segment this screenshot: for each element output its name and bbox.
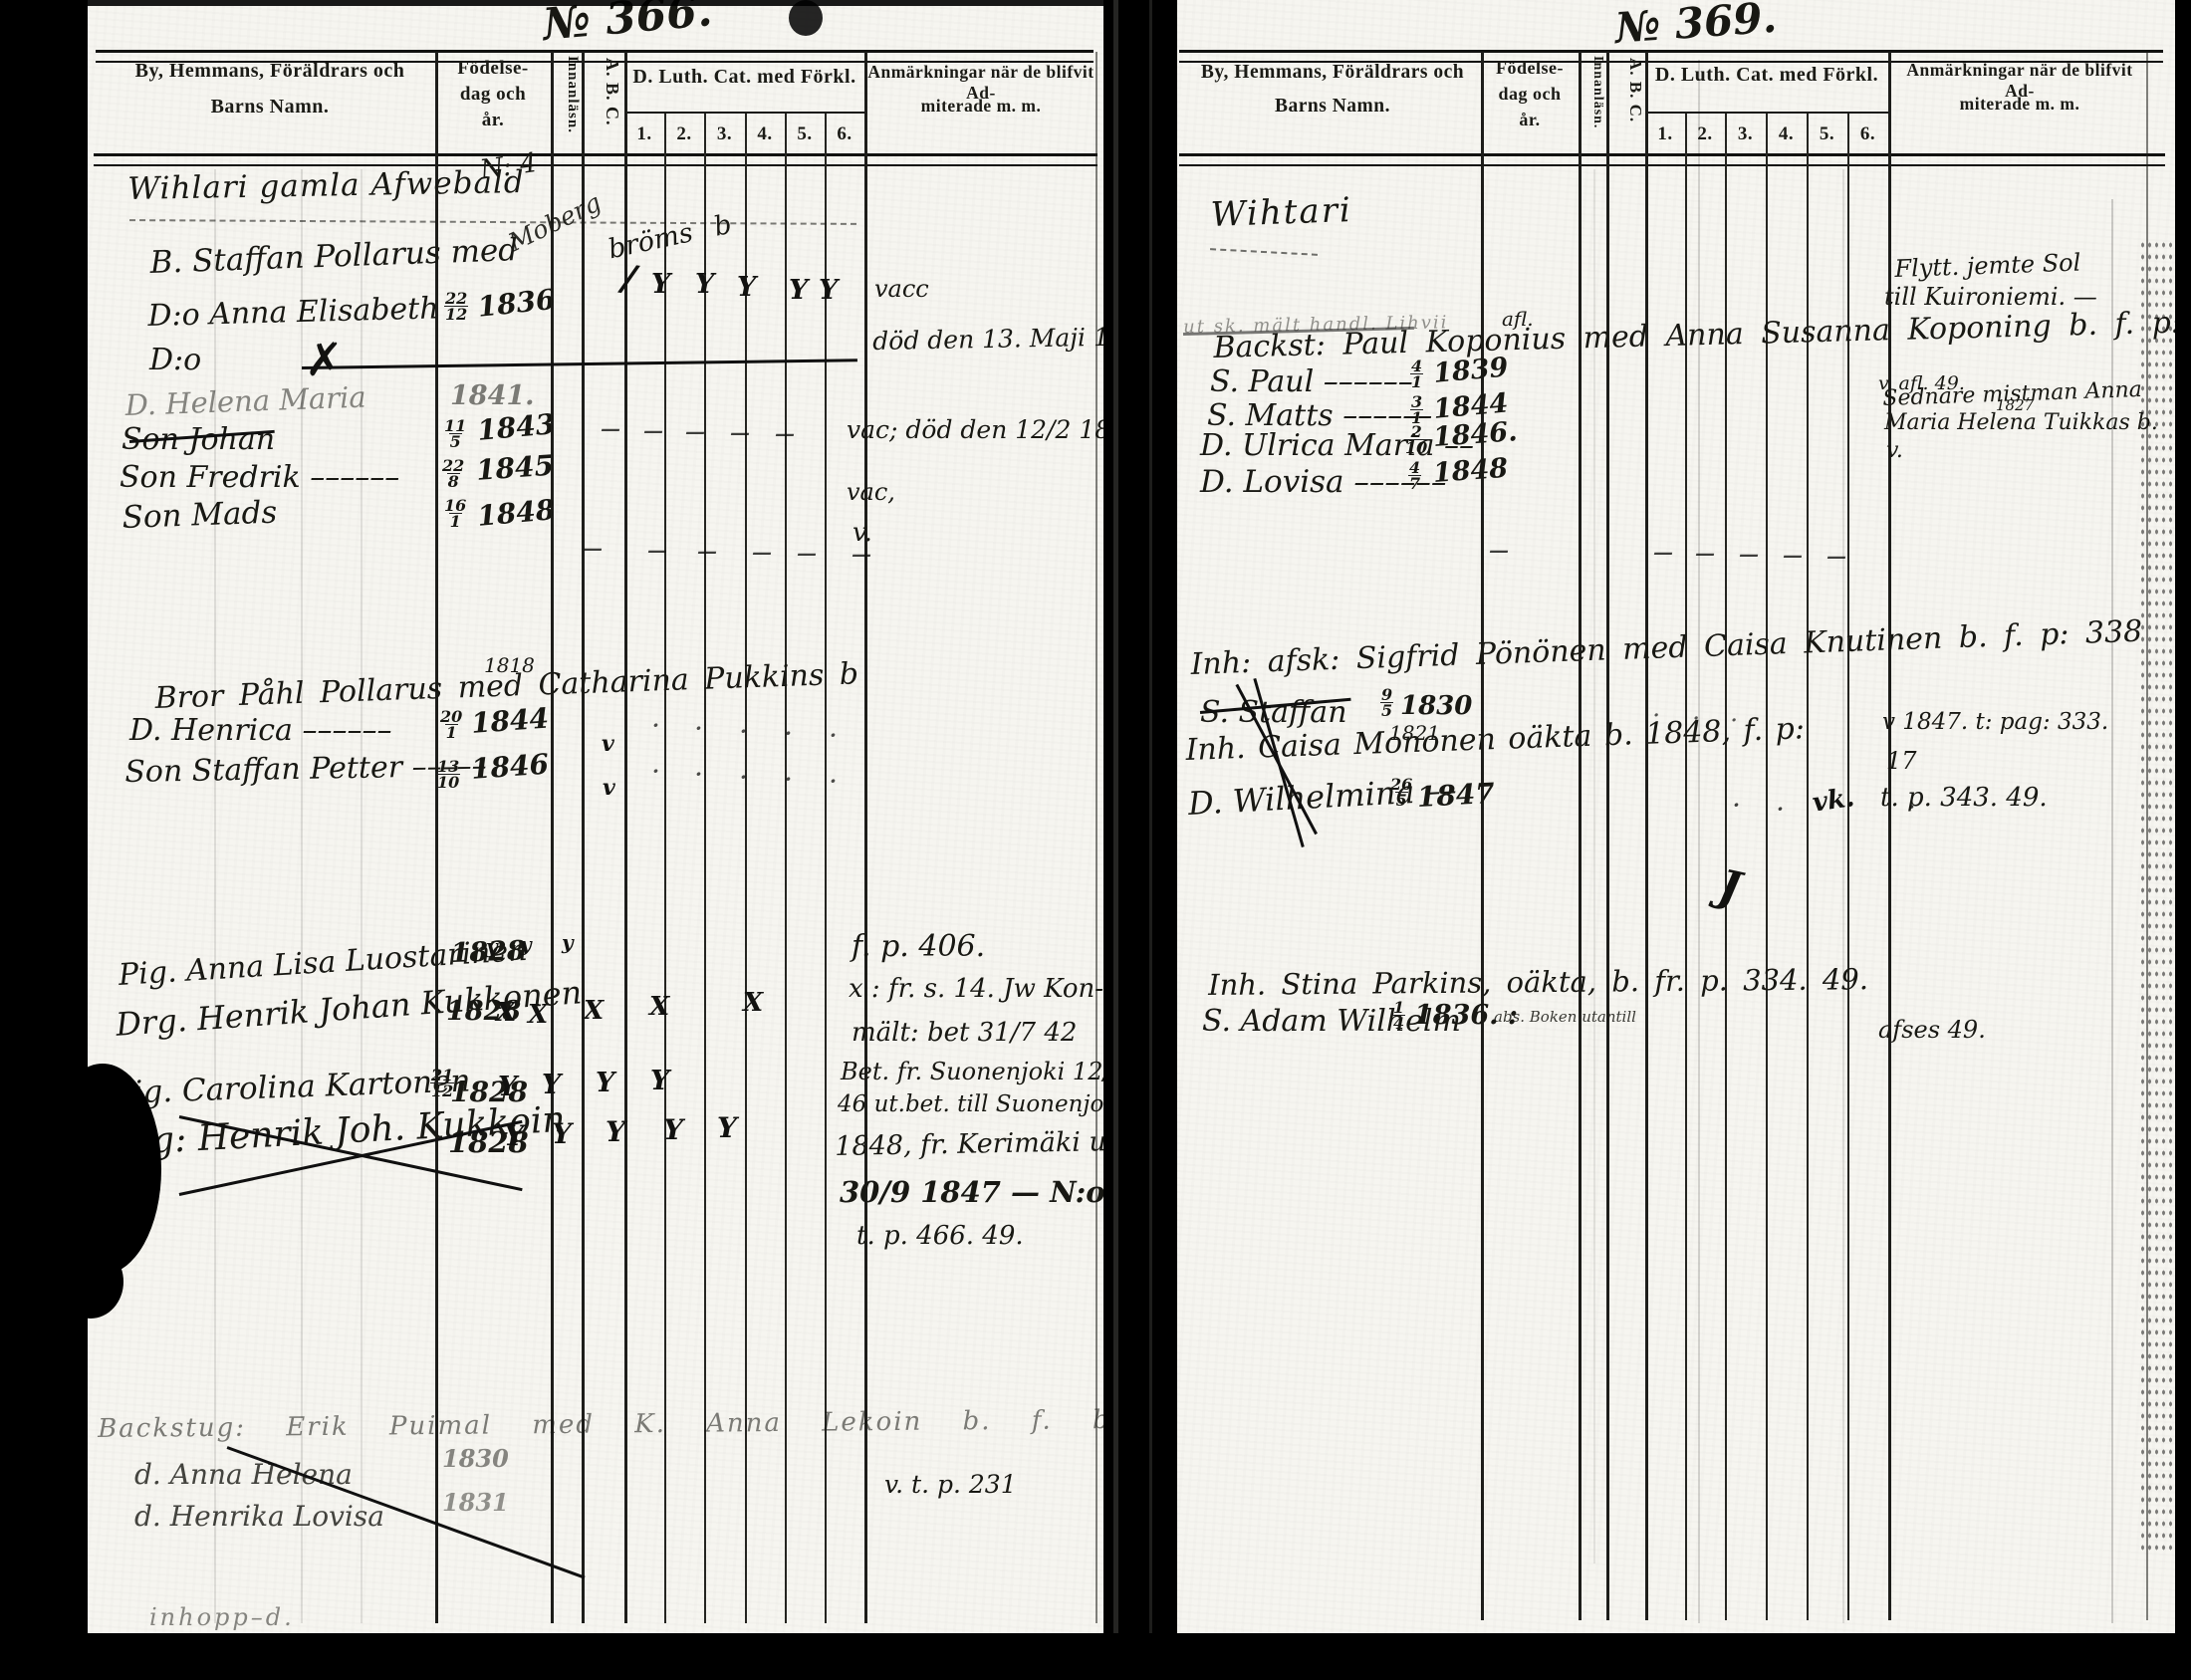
cat-col-2: 2. bbox=[664, 123, 704, 145]
birth-day: 201 bbox=[440, 709, 462, 740]
birth-day: 14 bbox=[1392, 1000, 1405, 1031]
village-number: N: 4 bbox=[478, 147, 539, 186]
record-name: d. Henrika Lovisa bbox=[134, 1500, 384, 1533]
bottom-scan-edge bbox=[0, 1633, 2191, 1680]
dot-mark: · bbox=[1733, 793, 1740, 817]
col-header-abc: A. B. C. bbox=[585, 58, 622, 157]
catechism-mark: Y bbox=[717, 1111, 737, 1144]
birth-year-note: 1821 bbox=[1389, 721, 1440, 745]
catechism-mark: Y bbox=[504, 1119, 524, 1152]
right-page: № 369. By, Hemmans, Föräldrars och Barns… bbox=[1175, 0, 2175, 1633]
cat-col-1: 1. bbox=[1645, 123, 1685, 145]
catechism-mark: y bbox=[520, 932, 532, 956]
tick-mark: — bbox=[852, 542, 871, 566]
col-header-names-2: Barns Namn. bbox=[110, 96, 430, 119]
catechism-mark: Y bbox=[663, 1113, 683, 1146]
crossed-out-mark: ✗ bbox=[305, 333, 344, 386]
cat-col-5: 5. bbox=[785, 123, 825, 145]
dot-mark: · bbox=[785, 721, 792, 745]
remark: v. bbox=[1886, 438, 1903, 463]
column-rule bbox=[1481, 52, 1484, 1620]
remark: v 1847. t: pag: 333. bbox=[1882, 709, 2108, 735]
record-name: B. Staffan Pollarus med bbox=[149, 232, 519, 281]
catechism-mark: Y bbox=[695, 269, 714, 300]
catechism-mark: Y bbox=[606, 1115, 625, 1148]
flourish-mark: J bbox=[1714, 860, 1745, 914]
scan-streak bbox=[1842, 169, 1844, 1623]
dot-mark: · bbox=[740, 719, 747, 743]
birth-year: 1845 bbox=[475, 449, 555, 487]
column-rule bbox=[785, 114, 787, 1623]
remark: vac; död den 12/2 1845. bbox=[847, 415, 1105, 444]
dot-mark: · bbox=[652, 713, 659, 737]
catechism-mark: X bbox=[496, 998, 516, 1028]
birth-day: 47 bbox=[1408, 460, 1421, 491]
col-header-birth-3: år. bbox=[437, 110, 549, 131]
right-scan-edge bbox=[2175, 0, 2191, 1680]
cat-col-3: 3. bbox=[704, 123, 745, 145]
ink-blot: vk. bbox=[1811, 783, 1856, 819]
village-underline bbox=[129, 219, 856, 225]
col-header-abc: A. B. C. bbox=[1609, 58, 1645, 157]
deceased-note: afl. bbox=[1502, 307, 1534, 331]
remark: 1848, fr. Kerimäki ut bbox=[835, 1126, 1105, 1162]
remark: t. p. 343. 49. bbox=[1880, 783, 2048, 813]
cat-col-6: 6. bbox=[1847, 123, 1888, 145]
birth-day: 210 bbox=[1404, 424, 1428, 455]
remark: f. p. 406. bbox=[852, 929, 985, 964]
thumb-shadow-blob bbox=[44, 1064, 161, 1275]
col-header-birth: Födelse- bbox=[437, 58, 549, 80]
page-number: № 369. bbox=[1613, 0, 1779, 53]
tick-mark: — bbox=[1783, 543, 1803, 567]
remark: vacc bbox=[874, 275, 929, 303]
birth-year: 1844 bbox=[470, 702, 550, 740]
birth-day: 115 bbox=[444, 418, 466, 449]
birth-year: 1841. bbox=[450, 380, 535, 411]
catechism-mark: Y bbox=[789, 275, 808, 306]
column-rule bbox=[582, 52, 585, 1623]
column-rule bbox=[864, 52, 867, 1623]
dot-mark: · bbox=[652, 759, 659, 783]
column-rule bbox=[704, 114, 706, 1623]
scan-streak bbox=[361, 169, 363, 1623]
cat-col-2: 2. bbox=[1685, 123, 1725, 145]
remark: mält: bet 31/7 42 bbox=[852, 1018, 1077, 1048]
remark: x : fr. s. 14. Jw Kon- bbox=[849, 974, 1103, 1004]
tick-mark: — bbox=[1653, 540, 1673, 564]
cat-col-4: 4. bbox=[745, 123, 785, 145]
row-dash-line bbox=[302, 359, 857, 368]
footer-note: inhopp–d. bbox=[149, 1603, 295, 1631]
tick-mark: — bbox=[1489, 538, 1509, 562]
dot-mark: · bbox=[1777, 797, 1784, 821]
v-mark: v bbox=[603, 775, 615, 801]
remark: Bet. fr. Suonenjoki 12/1 1844 bbox=[841, 1058, 1105, 1085]
catechism-mark: Y bbox=[596, 1068, 614, 1098]
family-heading: Inh: afsk: Sigfrid Pönönen med Caisa Knu… bbox=[1190, 614, 2143, 682]
fold-ink-blotch bbox=[789, 0, 823, 36]
catechism-mark: X bbox=[743, 988, 763, 1018]
remark: död den 13. Maji 1847 bbox=[872, 322, 1105, 356]
birth-day: 31 bbox=[1410, 394, 1423, 425]
birth-year: 1830 bbox=[1400, 691, 1472, 721]
remark: t. p. 466. 49. bbox=[856, 1221, 1024, 1251]
record-name: Son Mads bbox=[122, 495, 278, 536]
column-rule bbox=[1645, 52, 1648, 1620]
tick-mark: — bbox=[643, 418, 663, 442]
dot-mark: · bbox=[830, 769, 837, 793]
column-rule bbox=[1606, 52, 1609, 1620]
col-header-names-2: Barns Namn. bbox=[1191, 96, 1474, 118]
birth-year: 1847 bbox=[1416, 777, 1496, 814]
column-rule bbox=[745, 114, 747, 1623]
catechism-mark: Y bbox=[542, 1070, 561, 1100]
dot-mark: · bbox=[695, 716, 702, 740]
birth-year: 1846. bbox=[1432, 416, 1519, 453]
cat-col-6: 6. bbox=[825, 123, 864, 145]
left-scan-edge bbox=[0, 0, 88, 1680]
birth-year: 1848 bbox=[476, 493, 557, 533]
remark: Flytt. jemte Sol bbox=[1894, 248, 2081, 283]
tick-mark: — bbox=[647, 538, 667, 562]
tick-mark: — bbox=[601, 416, 620, 440]
tick-mark: — bbox=[1739, 542, 1759, 566]
cat-col-1: 1. bbox=[624, 123, 664, 145]
col-header-names: By, Hemmans, Föräldrars och bbox=[1191, 62, 1474, 84]
thumb-shadow-blob bbox=[58, 1245, 123, 1319]
dot-mark: · bbox=[740, 765, 747, 789]
village-heading: Wihtari bbox=[1210, 190, 1352, 235]
tick-mark: — bbox=[583, 536, 603, 560]
col-header-names: By, Hemmans, Föräldrars och bbox=[110, 60, 430, 83]
birth-day: 161 bbox=[444, 498, 466, 529]
catechism-mark: X bbox=[584, 996, 604, 1026]
col-header-birth-3: år. bbox=[1483, 110, 1577, 130]
birth-year: 1848 bbox=[1432, 453, 1509, 489]
scan-streak bbox=[1698, 60, 1700, 1623]
catechism-mark: Y bbox=[650, 1066, 669, 1096]
catechism-mark: X bbox=[528, 1000, 548, 1030]
birth-year: 1836 bbox=[476, 283, 557, 324]
col-header-remarks-2: miterade m. m. bbox=[866, 96, 1095, 117]
marriage-year-note: 1818 bbox=[484, 653, 535, 677]
col-header-birth-2: dag och bbox=[1483, 84, 1577, 105]
column-rule bbox=[435, 52, 438, 1623]
catechism-mark: Y bbox=[737, 272, 756, 303]
catechism-mark: Y bbox=[819, 275, 838, 306]
catechism-mark: y bbox=[486, 934, 498, 958]
catechism-mark: Y bbox=[552, 1117, 572, 1150]
col-header-birth: Födelse- bbox=[1483, 58, 1577, 79]
col-header-birth-2: dag och bbox=[437, 84, 549, 106]
remark: till Kuironiemi. — bbox=[1884, 283, 2097, 311]
column-rule bbox=[825, 114, 827, 1623]
top-scan-edge bbox=[0, 0, 1105, 6]
record-name: D. Helena Maria bbox=[124, 380, 366, 422]
absolution-note: abs. Boken utantill bbox=[1494, 1008, 1636, 1026]
village-underline bbox=[1210, 248, 1318, 256]
col-header-catechism: D. Luth. Cat. med Förkl. bbox=[1645, 64, 1888, 87]
birth-day: 2212 bbox=[444, 291, 468, 322]
birth-day: 1310 bbox=[436, 759, 460, 790]
remark: 46 ut.bet. till Suonenjoki bbox=[838, 1091, 1105, 1117]
catechism-mark: Y bbox=[651, 269, 670, 300]
cat-col-5: 5. bbox=[1807, 123, 1847, 145]
tick-mark: — bbox=[752, 540, 772, 564]
record-name: Pig. Carolina Kartonen bbox=[112, 1063, 471, 1111]
remark: v. t. p. 231 bbox=[884, 1470, 1017, 1499]
column-rule bbox=[664, 114, 666, 1623]
birth-year: 1843 bbox=[476, 407, 557, 447]
remark: vac, bbox=[847, 478, 895, 506]
record-name: D:o bbox=[149, 343, 201, 377]
tick-mark: — bbox=[775, 421, 795, 445]
record-name: d. Anna Helena bbox=[134, 1458, 353, 1491]
scan-streak bbox=[301, 169, 303, 1623]
remark: 30/9 1847 — N:o 22 bbox=[840, 1175, 1105, 1209]
tick-mark: — bbox=[697, 539, 717, 563]
village-heading: Wihlari gamla Afwebald bbox=[127, 164, 525, 207]
column-rule bbox=[1579, 52, 1582, 1620]
catechism-mark: y bbox=[562, 930, 574, 954]
scan-streak bbox=[214, 169, 216, 1623]
remark-year-note: 1827 bbox=[1996, 396, 2034, 414]
tick-mark: — bbox=[730, 420, 750, 444]
remark: 17 bbox=[1886, 747, 1917, 775]
cat-col-4: 4. bbox=[1766, 123, 1807, 145]
col-header-reading: Innanläsn. bbox=[550, 56, 581, 157]
gutter-highlight bbox=[1113, 0, 1118, 1633]
record-name: Son Fredrik –––––– bbox=[120, 460, 399, 495]
record-name: D. Henrica –––––– bbox=[129, 713, 391, 748]
col-header-reading: Innanläsn. bbox=[1578, 56, 1605, 157]
birth-day: 41 bbox=[1410, 359, 1423, 389]
col-header-remarks-2: miterade m. m. bbox=[1890, 94, 2149, 115]
dot-mark: · bbox=[785, 767, 792, 791]
scan-streak bbox=[1593, 169, 1595, 1563]
birth-day: 95 bbox=[1380, 687, 1393, 718]
page-number: № 366. bbox=[541, 0, 714, 51]
birth-year: 1830 bbox=[442, 1444, 509, 1473]
dot-mark: · bbox=[695, 762, 702, 786]
col-header-catechism: D. Luth. Cat. med Förkl. bbox=[624, 66, 864, 89]
record-name: S. Paul –––––– bbox=[1210, 364, 1413, 399]
family-heading: Inh. Stina Parkins, oäkta, b. fr. p. 334… bbox=[1208, 962, 1868, 1002]
cat-col-3: 3. bbox=[1725, 123, 1766, 145]
dot-mark: · bbox=[1908, 795, 1915, 819]
catechism-mark: X bbox=[649, 992, 669, 1022]
scan-streak bbox=[2111, 199, 2113, 1623]
gutter-highlight bbox=[1149, 0, 1152, 1633]
tick-mark: — bbox=[797, 541, 817, 565]
remark: afses 49. bbox=[1878, 1016, 1986, 1044]
birth-day: 228 bbox=[442, 458, 464, 489]
catechism-mark: Y bbox=[498, 1072, 517, 1102]
record-name: Son Staffan Petter ––––– bbox=[124, 749, 487, 790]
birth-year: 1831 bbox=[442, 1488, 509, 1517]
left-page: № 366. By, Hemmans, Föräldrars och Barns… bbox=[88, 0, 1105, 1633]
record-name: D:o Anna Elisabeth bbox=[147, 291, 439, 334]
family-heading: Backstug: Erik Puimal med K. Anna Lekoin… bbox=[98, 1405, 1105, 1444]
birth-year: 1846 bbox=[470, 748, 550, 786]
dot-mark: · bbox=[830, 723, 837, 747]
page-edge-rule bbox=[1095, 52, 1097, 1623]
birth-day: 265 bbox=[1390, 777, 1412, 808]
header-bottom-rule bbox=[1179, 153, 2165, 166]
tick-mark: — bbox=[685, 419, 705, 443]
birth-year: 1839 bbox=[1432, 352, 1510, 388]
scan-speckle-band bbox=[2139, 239, 2175, 1554]
catechism-mark: ∕ bbox=[619, 257, 638, 300]
v-mark: v bbox=[602, 731, 614, 757]
